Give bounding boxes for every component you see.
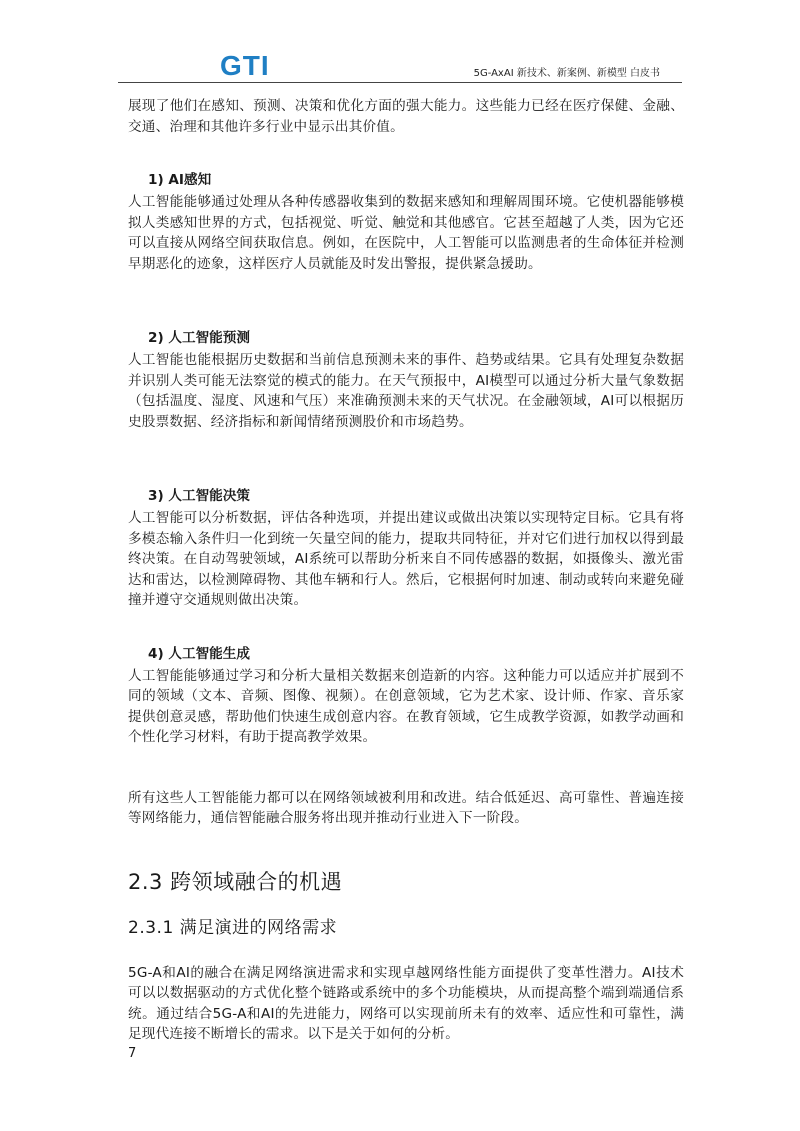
- section-title-2-3: 2.3 跨领域融合的机遇: [128, 869, 684, 895]
- subsection-text-2-3-1: 5G-A和AI的融合在满足网络演进需求和实现卓越网络性能方面提供了变革性潜力。A…: [128, 963, 684, 1045]
- page-number: 7: [128, 1045, 684, 1063]
- section-heading-ai-perception: 1) AI感知: [128, 170, 684, 190]
- summary-paragraph: 所有这些人工智能能力都可以在网络领域被利用和改进。结合低延迟、高可靠性、普遍连接…: [128, 788, 684, 829]
- section-text-ai-perception: 人工智能能够通过处理从各种传感器收集到的数据来感知和理解周围环境。它使机器能够模…: [128, 192, 684, 274]
- section-text-ai-decision: 人工智能可以分析数据，评估各种选项，并提出建议或做出决策以实现特定目标。它具有将…: [128, 508, 684, 611]
- page-body: 展现了他们在感知、预测、决策和优化方面的强大能力。这些能力已经在医疗保健、金融、…: [128, 96, 684, 1063]
- section-heading-ai-generation: 4) 人工智能生成: [128, 644, 684, 664]
- header-divider: [118, 82, 682, 83]
- gti-logo: GTI: [220, 52, 270, 80]
- section-text-ai-generation: 人工智能能够通过学习和分析大量相关数据来创造新的内容。这种能力可以适应并扩展到不…: [128, 666, 684, 748]
- intro-paragraph: 展现了他们在感知、预测、决策和优化方面的强大能力。这些能力已经在医疗保健、金融、…: [128, 96, 684, 137]
- page-header: GTI 5G-AxAI 新技术、新案例、新模型 白皮书: [118, 48, 682, 82]
- section-heading-ai-prediction: 2) 人工智能预测: [128, 328, 684, 348]
- document-title: 5G-AxAI 新技术、新案例、新模型 白皮书: [474, 68, 660, 80]
- subsection-title-2-3-1: 2.3.1 满足演进的网络需求: [128, 917, 684, 939]
- section-heading-ai-decision: 3) 人工智能决策: [128, 486, 684, 506]
- section-text-ai-prediction: 人工智能也能根据历史数据和当前信息预测未来的事件、趋势或结果。它具有处理复杂数据…: [128, 350, 684, 432]
